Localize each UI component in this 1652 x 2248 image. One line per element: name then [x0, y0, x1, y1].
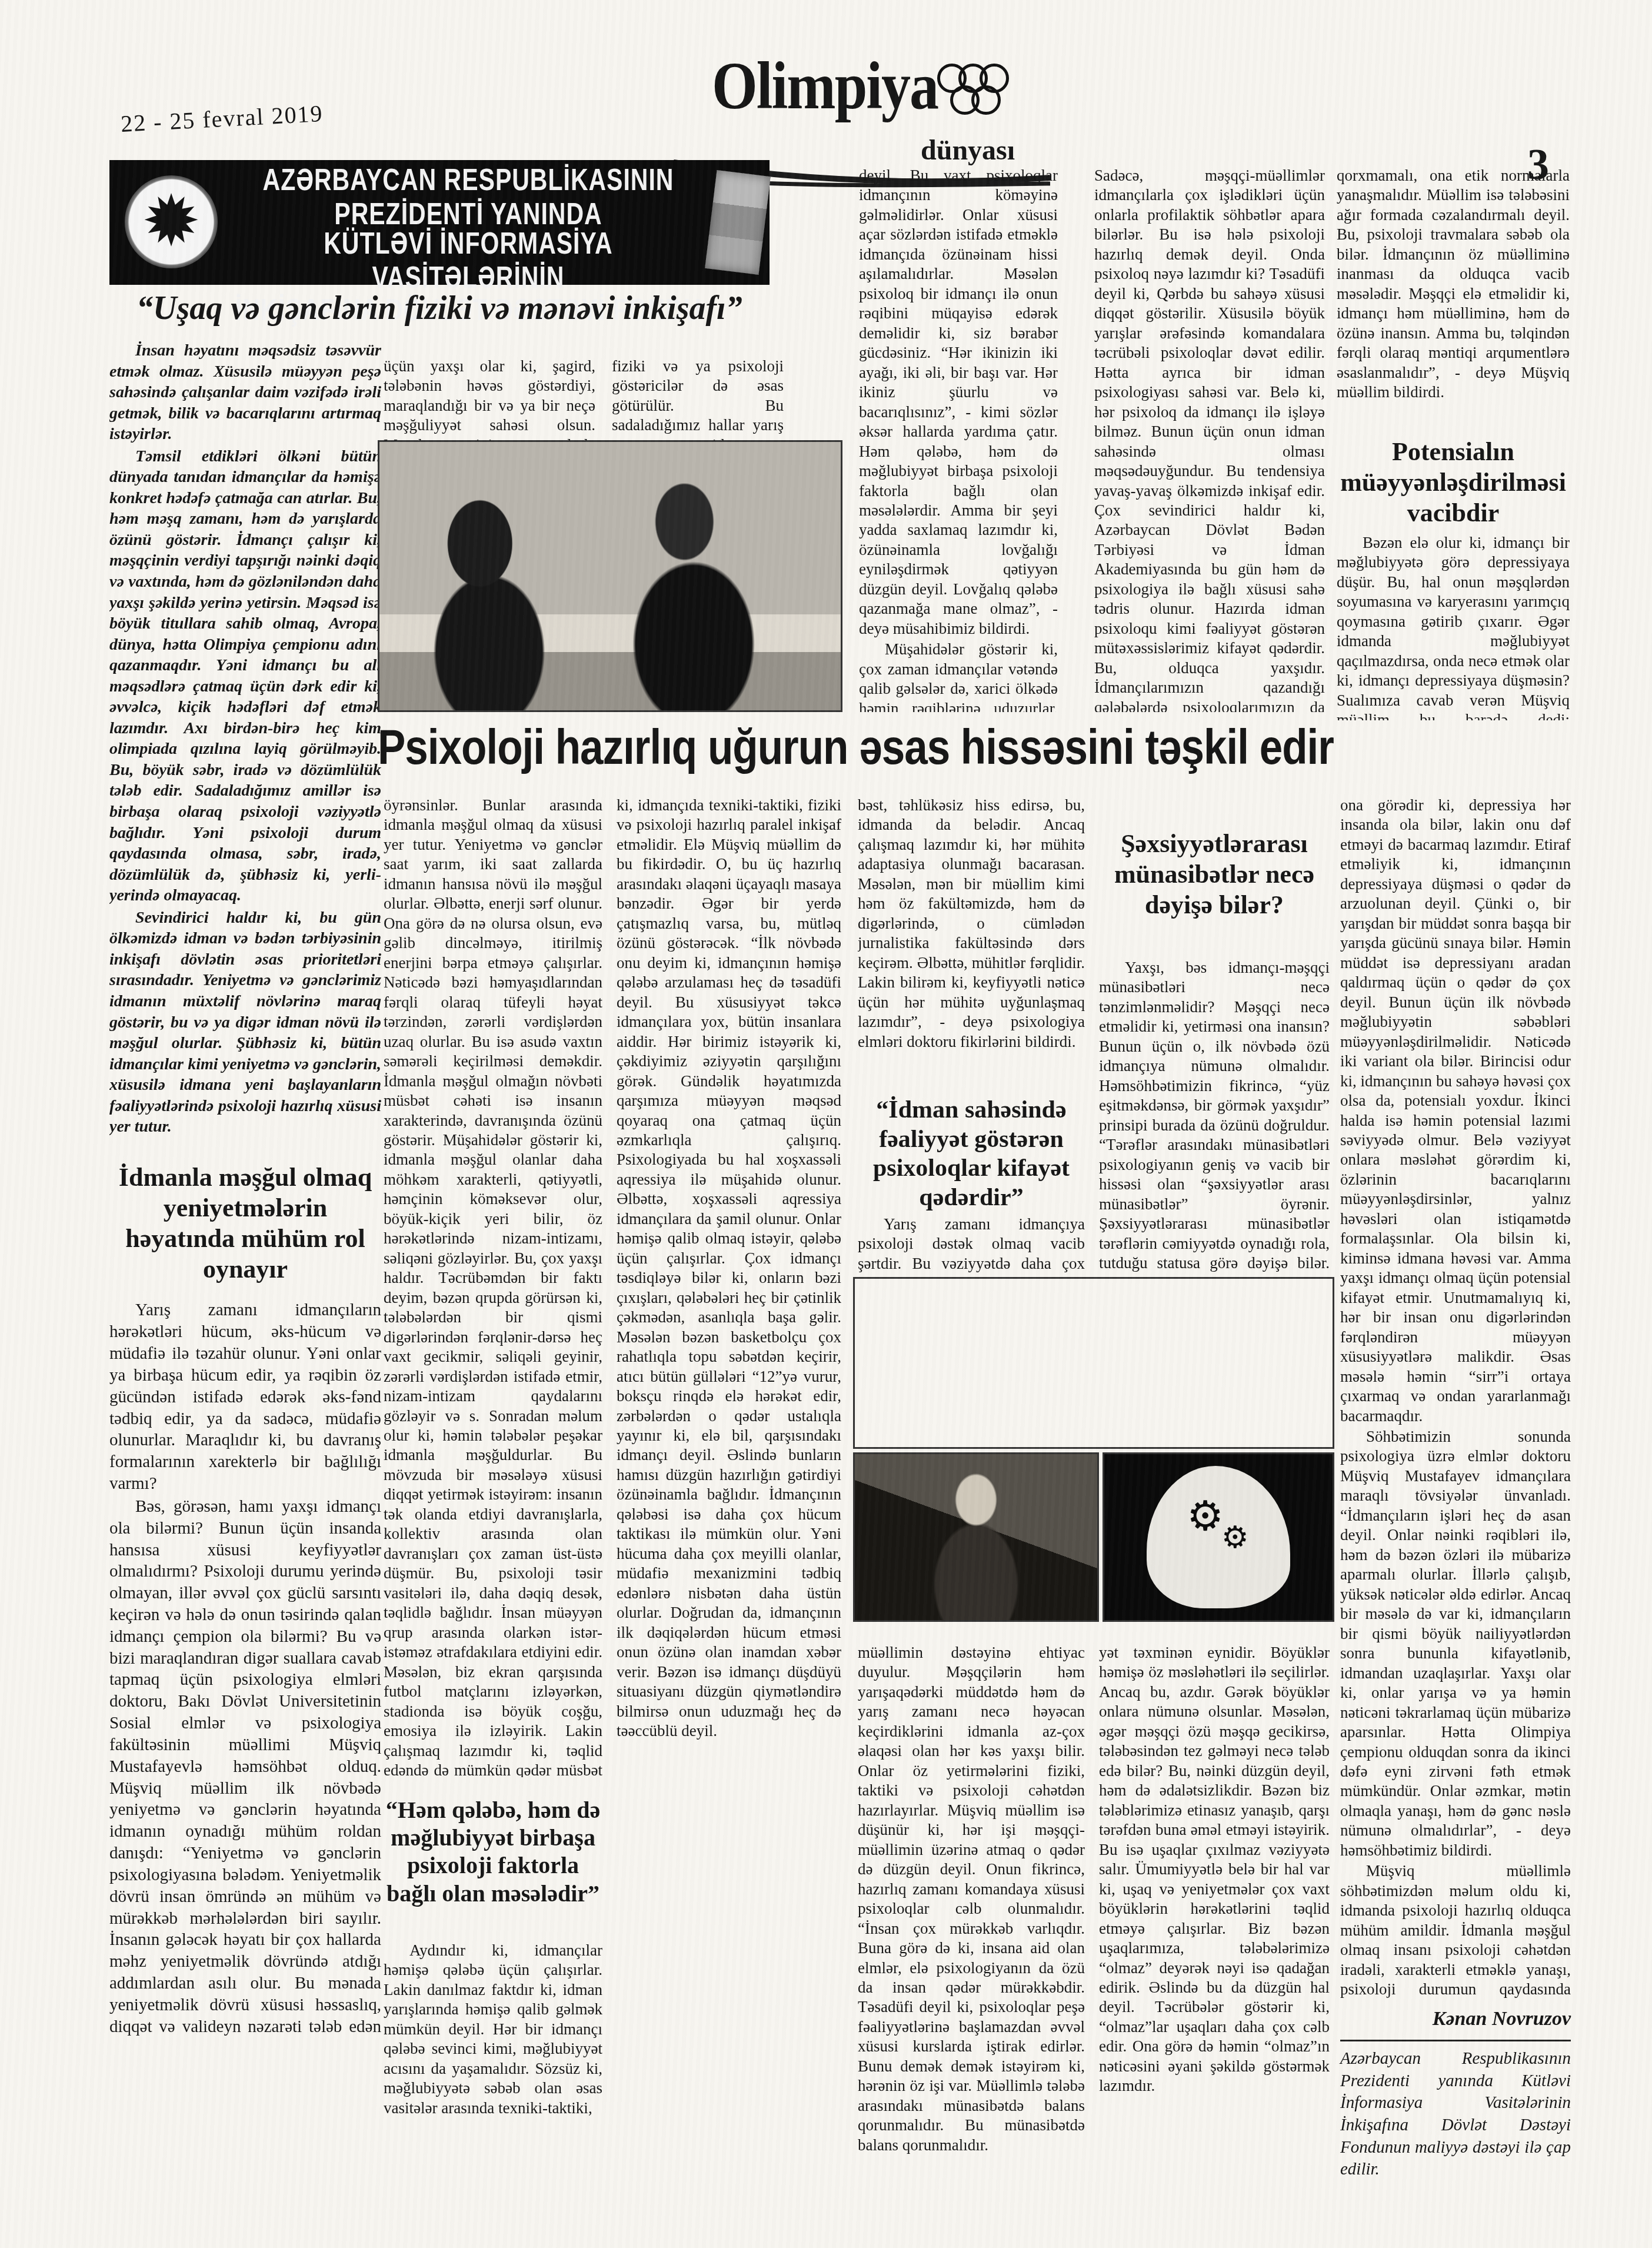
- lower-col5-para: ona görədir ki, depressiya hər insanda o…: [1340, 796, 1571, 1426]
- top-right-colC: qorxmamalı, ona etik normalarla yanaşmal…: [1337, 166, 1570, 423]
- lower-col4a: Yaxşı, bəs idmançı-məşqçi münasibətləri …: [1099, 958, 1330, 1273]
- lower-col2: ki, idmançıda texniki-taktiki, fiziki və…: [617, 796, 841, 2213]
- page-headline: Psixoloji hazırlıq uğurun əsas hissəsini…: [378, 719, 1572, 776]
- lower-col3-text2: Yarış zamanı idmançıya psixoloji dəstək …: [858, 1215, 1085, 1273]
- feature-para: Sevindirici haldır ki, bu gün ölkəmizdə …: [109, 907, 381, 1138]
- lower-col4-text1: Yaxşı, bəs idmançı-məşqçi münasibətləri …: [1099, 958, 1330, 1273]
- feature-para: Təmsil etdikləri ölkəni bütün dünyada ta…: [109, 446, 381, 906]
- potensial-text: Bəzən elə olur ki, idmançı bir məğlubiyy…: [1337, 533, 1570, 720]
- feature-italic-column: İnsan həyatını məqsədsiz təsəvvür etmək …: [109, 340, 381, 2040]
- lower-col3c: müəllimin dəstəyinə ehtiyac duyulur. Məş…: [858, 1643, 1085, 2213]
- newspaper-page: 22 - 25 fevral 2019 3 Olimpiya dünyası ✹…: [0, 0, 1652, 2248]
- masthead-title: Olimpiya: [712, 46, 938, 124]
- colA-para: Müşahidələr göstərir ki, çox zaman idman…: [859, 640, 1058, 712]
- lower-col5-para: Müşviq müəllimlə söhbətimizdən məlum old…: [1340, 1861, 1571, 2003]
- potensial-heading: Potensialın müəyyənləşdirilməsi vacibdir: [1337, 437, 1570, 528]
- gear-icon: ⚙: [1187, 1492, 1224, 1541]
- lower-col3-text3: müəllimin dəstəyinə ehtiyac duyulur. Məş…: [858, 1643, 1085, 2155]
- brain-gears-graphic: ⚙ ⚙: [1103, 1452, 1334, 1622]
- lower-col1-text: öyrənsinlər. Bunlar arasında idmanla məş…: [384, 796, 602, 1777]
- top-right-colB: Sadəcə, məşqçi-müəllimlər idmançılarla ç…: [1094, 166, 1325, 712]
- section-heading-idmanla: İdmanla məşğul olmaq yeniyetmələrin həya…: [109, 1162, 381, 1285]
- fund-banner-line2: KÜTLƏVİ İNFORMASİYA VASİTƏLƏRİNİN: [233, 226, 704, 295]
- wrestling-celebration-photo: [853, 1277, 1334, 1449]
- subhead-sexsiyyetlerarasi: Şəxsiyyətlərarası münasibətlər necə dəyi…: [1099, 829, 1330, 920]
- head-profile-icon: ⚙ ⚙: [1147, 1466, 1290, 1608]
- state-emblem-icon: ✹: [125, 175, 218, 268]
- lower-col3a: bəst, təhlükəsiz hiss edirsə, bu, idmand…: [858, 796, 1085, 1082]
- subhead-idman-sahesinde: “İdman sahəsində fəaliyyət göstərən psix…: [858, 1096, 1085, 1212]
- fund-banner-line1: AZƏRBAYCAN RESPUBLİKASININ PREZİDENTİ YA…: [233, 162, 704, 232]
- lower-col4-text2: yət təxminən eynidir. Böyüklər həmişə öz…: [1099, 1643, 1330, 2096]
- potensial-text-col: Bəzən elə olur ki, idmançı bir məğlubiyy…: [1337, 533, 1570, 720]
- section-para: Yarış zamanı idmançıların hərəkətləri hü…: [109, 1299, 381, 1494]
- colA-para: deyil. Bu vaxt psixoloqlar idmançının kö…: [859, 166, 1058, 639]
- lower-col1: öyrənsinlər. Bunlar arasında idmanla məş…: [384, 796, 602, 1777]
- fund-banner: ✹ AZƏRBAYCAN RESPUBLİKASININ PREZİDENTİ …: [109, 160, 770, 285]
- lower-col3-text1: bəst, təhlükəsiz hiss edirsə, bu, idmand…: [858, 796, 1085, 1052]
- footer-note: Azərbaycan Respublikasının Prezidenti ya…: [1340, 2048, 1571, 2181]
- lower-col5-para: Söhbətimizin sonunda psixologiya üzrə el…: [1340, 1427, 1571, 1860]
- lower-col1b: Aydındır ki, idmançılar həmişə qələbə üç…: [384, 1941, 602, 2213]
- top-right-colA: deyil. Bu vaxt psixoloqlar idmançının kö…: [859, 166, 1058, 712]
- athlete-photo: [853, 1452, 1099, 1622]
- lower-col1-text2: Aydındır ki, idmançılar həmişə qələbə üç…: [384, 1941, 602, 2118]
- top-mid-col2: fiziki və ya psixoloji göstəricilər də ə…: [612, 357, 784, 440]
- top-mid-col1-text: üçün yaxşı olar ki, şagird, tələbənin hə…: [384, 357, 595, 440]
- azerbaijan-flag-icon: [705, 170, 771, 275]
- interview-photo: [378, 440, 842, 712]
- feature-para: İnsan həyatını məqsədsiz təsəvvür etmək …: [109, 340, 381, 445]
- byline: Kənan Novruzov: [1340, 2008, 1571, 2030]
- colB-text: Sadəcə, məşqçi-müəllimlər idmançılarla ç…: [1094, 166, 1325, 712]
- feature-heading: “Uşaq və gənclərin fiziki və mənəvi inki…: [136, 290, 742, 327]
- gear-icon: ⚙: [1221, 1520, 1249, 1555]
- lower-col3b: Yarış zamanı idmançıya psixoloji dəstək …: [858, 1215, 1085, 1273]
- colC-text: qorxmamalı, ona etik normalarla yanaşmal…: [1337, 166, 1570, 403]
- issue-date: 22 - 25 fevral 2019: [120, 99, 324, 138]
- top-mid-col1: üçün yaxşı olar ki, şagird, tələbənin hə…: [384, 357, 595, 440]
- byline-rule: [1340, 2040, 1571, 2041]
- section-para: Bəs, görəsən, hamı yaxşı idmançı ola bil…: [109, 1496, 381, 2040]
- olympic-rings-icon: [937, 64, 1037, 118]
- top-mid-col2-text: fiziki və ya psixoloji göstəricilər də ə…: [612, 357, 784, 440]
- lower-col5: ona görədir ki, depressiya hər insanda o…: [1340, 796, 1571, 2003]
- lower-col4b: yət təxminən eynidir. Böyüklər həmişə öz…: [1099, 1643, 1330, 2213]
- lower-col2-text: ki, idmançıda texniki-taktiki, fiziki və…: [617, 796, 841, 1741]
- subhead-hem-qelebe: “Həm qələbə, həm də məğlubiyyət birbaşa …: [384, 1796, 602, 1907]
